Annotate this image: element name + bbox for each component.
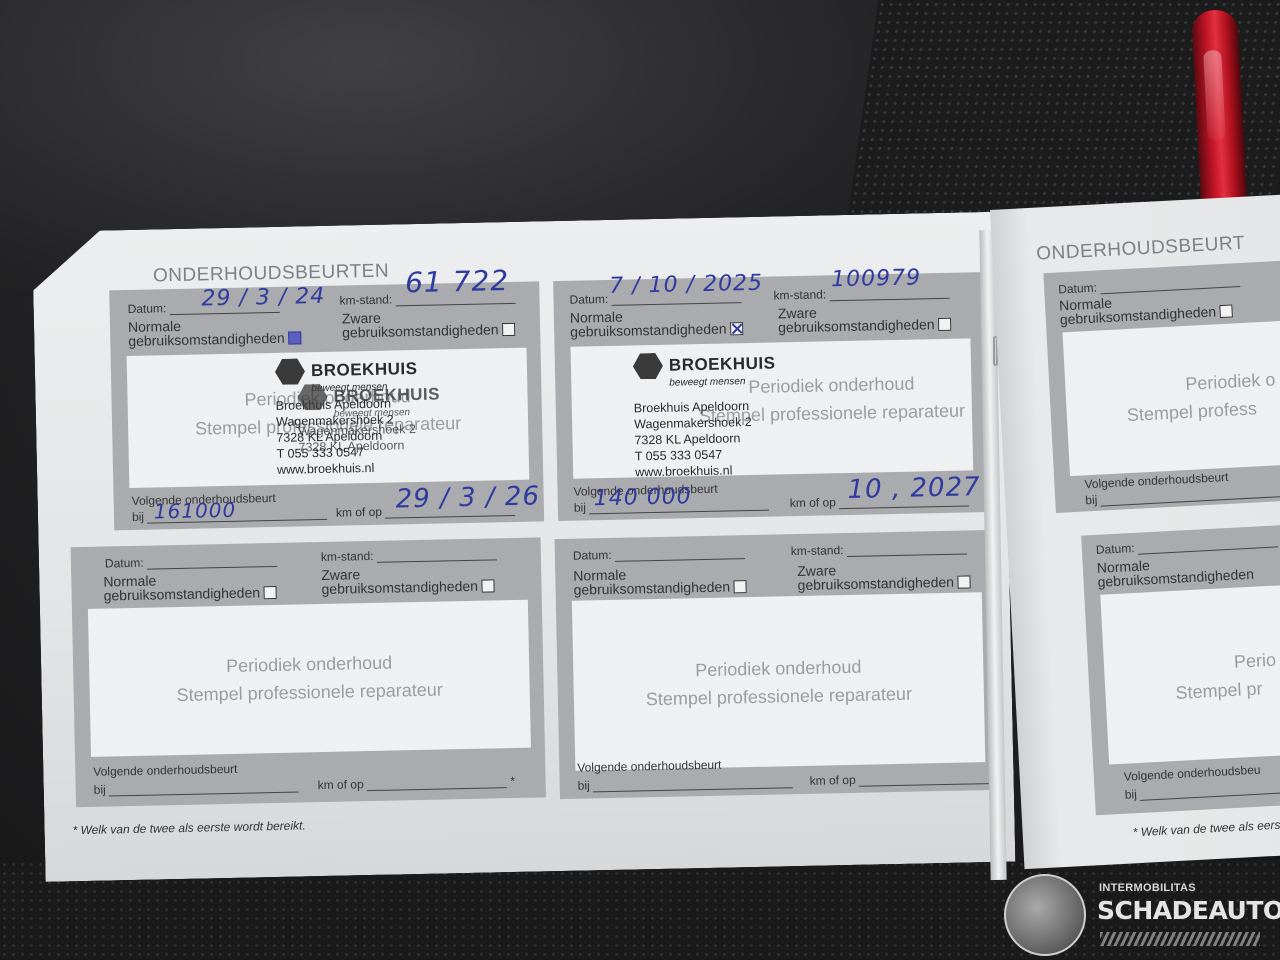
booklet-left-page: ONDERHOUDSBEURTEN Datum: 29 / 3 / 24 km-… — [32, 212, 1015, 882]
stamp-watermark: Periodiek o Stempel profess — [1125, 359, 1280, 429]
date-label: Datum: — [1096, 541, 1135, 557]
date-field[interactable] — [615, 547, 745, 562]
broekhuis-logo-icon — [275, 358, 306, 385]
date-field[interactable] — [147, 555, 277, 570]
km-field[interactable] — [847, 542, 967, 557]
heavy-checkbox[interactable] — [482, 579, 495, 592]
watermark-small-text: INTERMOBILITAS — [1099, 882, 1196, 894]
stamp-area: Perio Stempel pr — [1100, 582, 1280, 765]
km-label: km-stand: — [339, 292, 392, 307]
dealer-stamp-duplicate: BROEKHUIS beweegt mensen Wagenmakershoek… — [297, 381, 441, 455]
broekhuis-logo-icon — [297, 384, 328, 411]
stamp-area: Periodiek o Stempel profess — [1063, 318, 1280, 476]
heavy-checkbox[interactable] — [938, 318, 951, 331]
stamp-watermark: Periodiek onderhoud Stempel professionel… — [89, 646, 530, 711]
date-label: Datum: — [569, 292, 608, 307]
next-km-handwritten: 161000 — [154, 498, 237, 524]
km-handwritten: 61 722 — [405, 264, 510, 299]
km-handwritten: 100979 — [831, 265, 921, 292]
km-field[interactable] — [377, 548, 497, 563]
date-handwritten: 29 / 3 / 24 — [201, 284, 325, 312]
maintenance-entry-3: Datum: km-stand: Normale gebruiksomstand… — [71, 537, 546, 807]
schadeautos-watermark: INTERMOBILITAS SCHADEAUTOS.NL — [1000, 872, 1280, 952]
maintenance-entry-right-1: Datum: Normale gebruiksomstandigheden Pe… — [1043, 259, 1280, 513]
section-title: ONDERHOUDSBEURT — [1036, 233, 1246, 266]
km-label: km-stand: — [791, 543, 844, 558]
red-pen — [1191, 9, 1247, 201]
km-label: km-stand: — [321, 549, 374, 564]
watermark-stripes — [1100, 932, 1260, 946]
next-km-handwritten: 140 000 — [593, 484, 691, 511]
heavy-checkbox[interactable] — [502, 323, 515, 336]
globe-icon — [1004, 874, 1086, 956]
date-handwritten: 7 / 10 / 2025 — [609, 271, 763, 299]
date-label: Datum: — [1058, 281, 1097, 297]
next-service-label: Volgende onderhoudsbeu — [1123, 763, 1260, 784]
next-km-field[interactable] — [593, 776, 793, 792]
stamp-area: Periodiek onderhoud Stempel professionel… — [127, 348, 530, 488]
next-service-label: Volgende onderhoudsbeurt — [93, 762, 237, 779]
next-date-field[interactable] — [367, 776, 507, 791]
stamp-area: Periodiek onderhoud Stempel professionel… — [88, 600, 531, 757]
footnote: * Welk van de twee als eers — [1132, 818, 1280, 840]
heavy-checkbox[interactable] — [958, 575, 971, 588]
stamp-watermark: Perio Stempel pr — [1103, 642, 1280, 711]
dealer-stamp: BROEKHUIS beweegt mensen Broekhuis Apeld… — [633, 350, 778, 480]
maintenance-entry-4: Datum: km-stand: Normale gebruiksomstand… — [555, 530, 1000, 799]
next-date-handwritten: 29 / 3 / 26 — [395, 481, 540, 514]
date-label: Datum: — [573, 548, 612, 563]
next-km-field[interactable] — [109, 781, 299, 797]
section-title: ONDERHOUDSBEURTEN — [153, 261, 390, 288]
next-service-label: Volgende onderhoudsbeurt — [577, 758, 721, 775]
watermark-brand-text: SCHADEAUTOS.NL — [1097, 896, 1280, 925]
booklet-right-page: ONDERHOUDSBEURT Datum: Normale gebruikso… — [990, 194, 1280, 869]
km-label: km-stand: — [773, 287, 826, 302]
next-date-handwritten: 10 , 2027 — [847, 472, 981, 505]
normal-checkbox[interactable] — [264, 586, 277, 599]
normal-checkbox[interactable] — [730, 322, 743, 335]
date-label: Datum: — [127, 301, 166, 316]
broekhuis-logo-icon — [633, 353, 664, 380]
normal-checkbox[interactable] — [289, 331, 302, 344]
maintenance-entry-1: Datum: 29 / 3 / 24 km-stand: 61 722 Norm… — [109, 281, 544, 530]
next-date-field[interactable] — [859, 772, 989, 787]
stamp-area: Periodiek onderhoud Stempel professionel… — [571, 338, 974, 478]
next-km-field[interactable] — [1140, 778, 1280, 800]
footnote: * Welk van de twee als eerste wordt bere… — [72, 818, 305, 837]
maintenance-entry-2: Datum: 7 / 10 / 2025 km-stand: 100979 No… — [553, 272, 988, 521]
maintenance-entry-right-2: Datum: Normale gebruiksomstandigheden Pe… — [1081, 522, 1280, 815]
stamp-watermark: Periodiek onderhoud Stempel professionel… — [573, 650, 984, 715]
stamp-area: Periodiek onderhoud Stempel professionel… — [572, 592, 985, 771]
normal-checkbox[interactable] — [734, 580, 747, 593]
normal-checkbox[interactable] — [1220, 304, 1234, 318]
date-field[interactable] — [1138, 535, 1278, 554]
date-label: Datum: — [105, 556, 144, 571]
